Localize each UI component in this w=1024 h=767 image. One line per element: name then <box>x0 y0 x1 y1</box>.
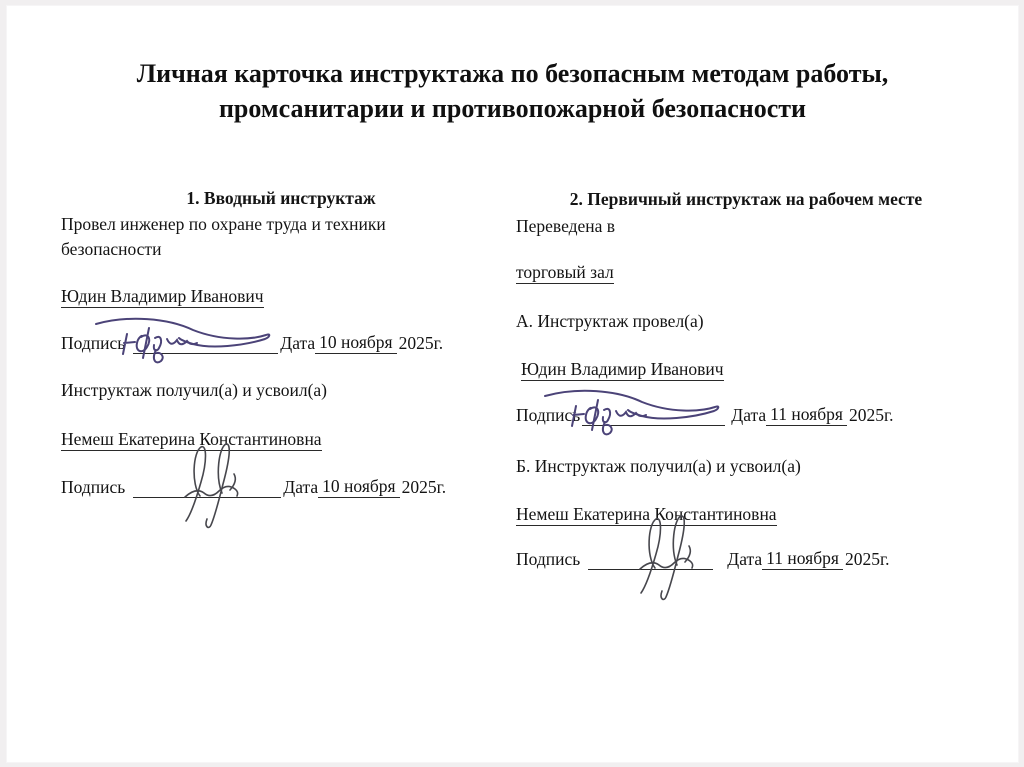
date-label: Дата <box>280 332 315 354</box>
signature-line <box>133 476 281 498</box>
trainee-sign-date: 11 ноября <box>762 547 843 570</box>
trainee-sign-year: 2025г. <box>845 548 890 570</box>
section2-trainee-signature-row: Подпись Дата 11 ноября 2025г. <box>516 547 890 570</box>
trainee-name: Немеш Екатерина Константиновна <box>61 428 322 451</box>
section2-transferred-to-line: торговый зал <box>516 261 614 284</box>
instructor-sign-date: 11 ноября <box>766 403 847 426</box>
page-title: Личная карточка инструктажа по безопасны… <box>103 56 923 126</box>
section2-instructor-signature-row: Подпись Дата 11 ноября 2025г. <box>516 403 894 426</box>
section2-transferred-label: Переведена в <box>516 215 615 237</box>
date-label: Дата <box>727 548 762 570</box>
signature-line <box>588 548 713 570</box>
signature-label: Подпись <box>516 404 580 426</box>
instructor-name: Юдин Владимир Иванович <box>521 358 724 381</box>
instructor-name: Юдин Владимир Иванович <box>61 285 264 308</box>
trainee-name: Немеш Екатерина Константиновна <box>516 503 777 526</box>
signature-line <box>133 332 278 354</box>
instructor-sign-year: 2025г. <box>399 332 444 354</box>
transferred-to: торговый зал <box>516 261 614 284</box>
date-label: Дата <box>731 404 766 426</box>
page-title-wrap: Личная карточка инструктажа по безопасны… <box>7 56 1018 126</box>
section1-instructor-name-line: Юдин Владимир Иванович <box>61 285 264 308</box>
section1-conducted-by: Провел инженер по охране труда и техники… <box>61 212 461 262</box>
signature-label: Подпись <box>61 332 125 354</box>
section1-trainee-signature-row: Подпись Дата 10 ноября 2025г. <box>61 475 446 498</box>
section2-trainee-name-line: Немеш Екатерина Константиновна <box>516 503 777 526</box>
signature-line <box>582 404 725 426</box>
section2-item-b: Б. Инструктаж получил(а) и усвоил(а) <box>516 455 801 477</box>
trainee-sign-year: 2025г. <box>402 476 447 498</box>
signature-label: Подпись <box>516 548 580 570</box>
trainee-sign-date: 10 ноября <box>318 475 399 498</box>
instructor-sign-date: 10 ноября <box>315 331 396 354</box>
section2-heading: 2. Первичный инструктаж на рабочем месте <box>516 188 976 210</box>
section1-trainee-name-line: Немеш Екатерина Константиновна <box>61 428 322 451</box>
section2-instructor-name-line: Юдин Владимир Иванович <box>521 358 724 381</box>
section2-item-a: А. Инструктаж провел(а) <box>516 310 704 332</box>
section1-heading: 1. Вводный инструктаж <box>61 187 501 209</box>
slide: Личная карточка инструктажа по безопасны… <box>6 5 1019 763</box>
signature-label: Подпись <box>61 476 125 498</box>
date-label: Дата <box>283 476 318 498</box>
section1-instructor-signature-row: Подпись Дата 10 ноября 2025г. <box>61 331 443 354</box>
section1-received-text: Инструктаж получил(а) и усвоил(а) <box>61 379 327 401</box>
document-page: { "title": "Личная карточка инструктажа … <box>0 0 1024 767</box>
instructor-sign-year: 2025г. <box>849 404 894 426</box>
